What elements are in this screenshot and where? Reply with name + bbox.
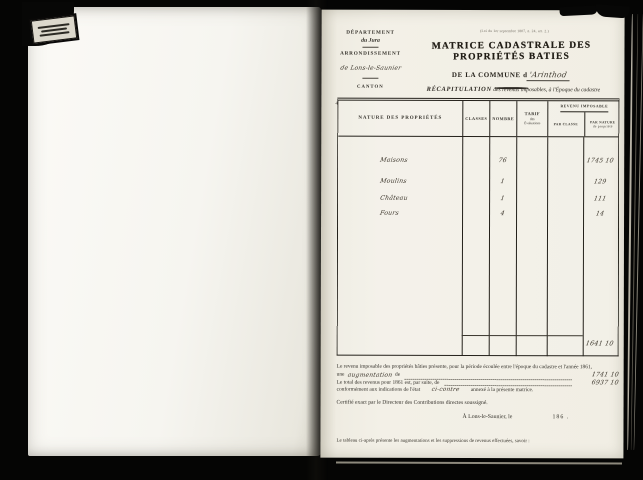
left-blank-page [28, 7, 321, 456]
row-revenu: 14 [583, 210, 616, 217]
p2-value-handwritten: 6937 10 [576, 379, 619, 386]
arrondissement-label: ARRONDISSEMENT [333, 51, 407, 57]
row-nombre: 1 [489, 178, 517, 185]
tarif-line3: Évaluations [524, 121, 540, 125]
column-rule [583, 137, 584, 356]
divider [362, 47, 378, 48]
row-nature: Maisons [380, 157, 409, 164]
p2-text: Le total des revenus pour 1861 est, par … [337, 380, 440, 386]
page-title: MATRICE CADASTRALE DES PROPRIÉTÉS BATIES [405, 39, 617, 62]
scanned-register-spread: (Loi du 1er septembre 1807, n. 24, art. … [0, 0, 643, 480]
page-tear [595, 4, 630, 18]
p3-handwritten: ci-contre [431, 387, 460, 393]
recap-rest: des revenus imposables, à l'Époque du ca… [493, 87, 600, 93]
row-revenu: 1745 10 [584, 157, 617, 164]
col-header-nature: NATURE DES PROPRIÉTÉS [338, 101, 462, 136]
commune-prefix: DE LA COMMUNE d [452, 71, 528, 79]
row-nombre: 76 [489, 157, 517, 164]
revenu-subheaders: PAR CLASSE PAR NATURE de propriété [548, 112, 621, 136]
commune-line: DE LA COMMUNE d'Arinthod [405, 70, 617, 82]
column-rule [516, 137, 517, 356]
margin-block: DÉPARTEMENT du Jura ARRONDISSEMENT de Lo… [333, 30, 407, 107]
p3-before: conformément aux indications de l'état [337, 387, 421, 393]
matrice-form-page: (Loi du 1er septembre 1807, n. 24, art. … [320, 10, 624, 459]
table-row: Moulins 1 129 [338, 178, 620, 191]
row-nombre: 4 [488, 210, 516, 217]
law-note: (Loi du 1er septembre 1807, n. 24, art. … [440, 29, 590, 33]
bottom-page-edge [336, 462, 622, 464]
bottom-note: Le tableau ci-après présente les augment… [336, 439, 618, 445]
recap-heading: RÉCAPITULATION des revenus imposables, à… [405, 86, 621, 94]
departement-value: du Jura [333, 38, 407, 44]
table-row: Château 1 111 [338, 195, 620, 208]
par-nature-line2: de propriété [593, 124, 613, 128]
dotted-leader [444, 380, 571, 386]
table-header-row: NATURE DES PROPRIÉTÉS CLASSES NOMBRE TAR… [338, 101, 618, 138]
col-header-tarif: TARIF des Évaluations [516, 101, 547, 136]
col-header-classes: CLASSES [462, 101, 489, 136]
divider [362, 78, 378, 79]
table-total-handwritten: 1641 10 [580, 339, 619, 347]
column-rule [489, 137, 490, 356]
year-blank: 186 . [553, 414, 570, 420]
col-header-par-nature: PAR NATURE de propriété [584, 112, 621, 136]
arrondissement-handwritten: de Lons-le-Saunier [339, 65, 401, 72]
departement-label: DÉPARTEMENT [334, 30, 408, 36]
revenu-imposable-span: REVENU IMPOSABLE [560, 101, 608, 112]
archive-stamp [31, 15, 77, 43]
p3-after: annexé à la présente matrice. [471, 387, 533, 393]
footer-paragraph-2: Le total des revenus pour 1861 est, par … [337, 379, 619, 387]
footer-paragraph-1: Le revenu imposable des propriétés bâtie… [337, 364, 619, 380]
row-nature: Château [379, 195, 408, 202]
table-body: Maisons 76 1745 10 Moulins 1 129 Château… [338, 137, 619, 357]
col-header-nombre: NOMBRE [489, 101, 516, 136]
row-revenu: 129 [584, 178, 617, 185]
column-rule [547, 137, 548, 356]
row-nombre: 1 [488, 195, 516, 202]
page-tear [559, 5, 597, 16]
row-nature: Fours [379, 210, 399, 217]
certification-line: Certifié exact par le Directeur des Cont… [337, 400, 619, 407]
col-header-par-classe: PAR CLASSE [548, 112, 584, 136]
recap-lead: RÉCAPITULATION [427, 86, 492, 93]
commune-name-handwritten: 'Arinthod [527, 70, 572, 81]
row-nature: Moulins [380, 178, 408, 185]
total-rule [462, 335, 583, 336]
canton-label: CANTON [333, 85, 407, 90]
place-line: À Lons-le-Saunier, le [463, 414, 513, 420]
table-row: Maisons 76 1745 10 [338, 157, 620, 170]
table-row: Fours 4 14 [338, 210, 620, 223]
row-revenu: 111 [583, 195, 616, 202]
col-header-revenu: REVENU IMPOSABLE PAR CLASSE PAR NATURE d… [547, 101, 620, 136]
footer-paragraph-3: conformément aux indications de l'état c… [337, 387, 619, 394]
column-rule [462, 137, 463, 356]
title-block: MATRICE CADASTRALE DES PROPRIÉTÉS BATIES… [405, 40, 617, 89]
date-line: À Lons-le-Saunier, le 186 . [337, 414, 619, 425]
recap-table: NATURE DES PROPRIÉTÉS CLASSES NOMBRE TAR… [337, 98, 620, 357]
